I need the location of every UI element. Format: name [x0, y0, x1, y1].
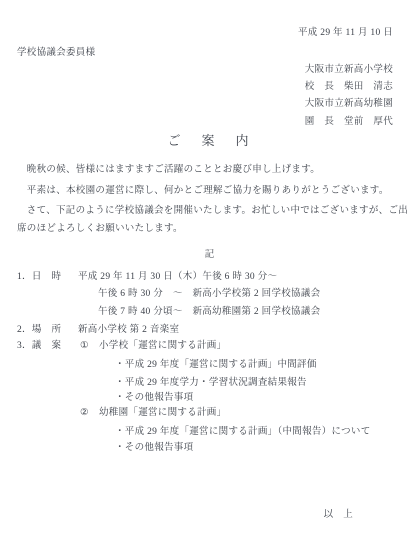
body-paragraph-3: さて、下記のように学校協議会を開催いたします。お忙しい中ではございますが、ご出席…: [17, 202, 409, 238]
addressee: 学校協議会委員様: [17, 47, 95, 59]
datetime-label: 1．日 時: [17, 271, 61, 283]
agenda1-number: ①: [80, 340, 89, 352]
document-date: 平成 29 年 11 月 10 日: [298, 27, 393, 39]
sender-school-kindergarten: 大阪市立新高幼稚園: [305, 98, 393, 110]
sender-director-name: 園 長 堂前 厚代: [305, 116, 393, 128]
body-paragraph-1: 晩秋の候、皆様にはますますご活躍のこととお慶び申し上げます。: [17, 164, 320, 176]
body-paragraph-2: 平素は、本校園の運営に際し、何かとご理解ご協力を賜りありがとうございます。: [17, 185, 389, 197]
schedule-kindergarten: 午後 7 時 40 分頃～ 新高幼稚園第 2 回学校協議会: [98, 306, 320, 318]
agenda-label: 3．議 案: [17, 340, 61, 352]
document-page: 平成 29 年 11 月 10 日 学校協議会委員様 大阪市立新高小学校 校 長…: [0, 0, 420, 544]
agenda1-item-1: ・平成 29 年度「運営に関する計画」中間評価: [115, 359, 317, 371]
sender-principal-name: 校 長 柴田 清志: [305, 81, 393, 93]
agenda2-title: 幼稚園「運営に関する計画」: [99, 407, 226, 419]
record-marker: 記: [0, 249, 420, 261]
place-value: 新高小学校 第 2 音楽室: [78, 324, 179, 336]
closing-mark: 以 上: [324, 509, 353, 521]
agenda2-item-2: ・その他報告事項: [115, 442, 193, 454]
datetime-value: 平成 29 年 11 月 30 日（木）午後 6 時 30 分～: [78, 271, 277, 283]
schedule-elementary: 午後 6 時 30 分 ～ 新高小学校第 2 回学校協議会: [98, 288, 320, 300]
agenda1-item-2: ・平成 29 年度学力・学習状況調査結果報告: [115, 377, 307, 389]
sender-school-elementary: 大阪市立新高小学校: [305, 64, 393, 76]
page-title: ご 案 内: [0, 133, 420, 149]
agenda1-title: 小学校「運営に関する計画」: [99, 340, 226, 352]
place-label: 2．場 所: [17, 324, 61, 336]
agenda2-item-1: ・平成 29 年度「運営に関する計画」（中間報告）について: [115, 426, 371, 438]
agenda2-number: ②: [80, 407, 89, 419]
agenda1-item-3: ・その他報告事項: [115, 392, 193, 404]
